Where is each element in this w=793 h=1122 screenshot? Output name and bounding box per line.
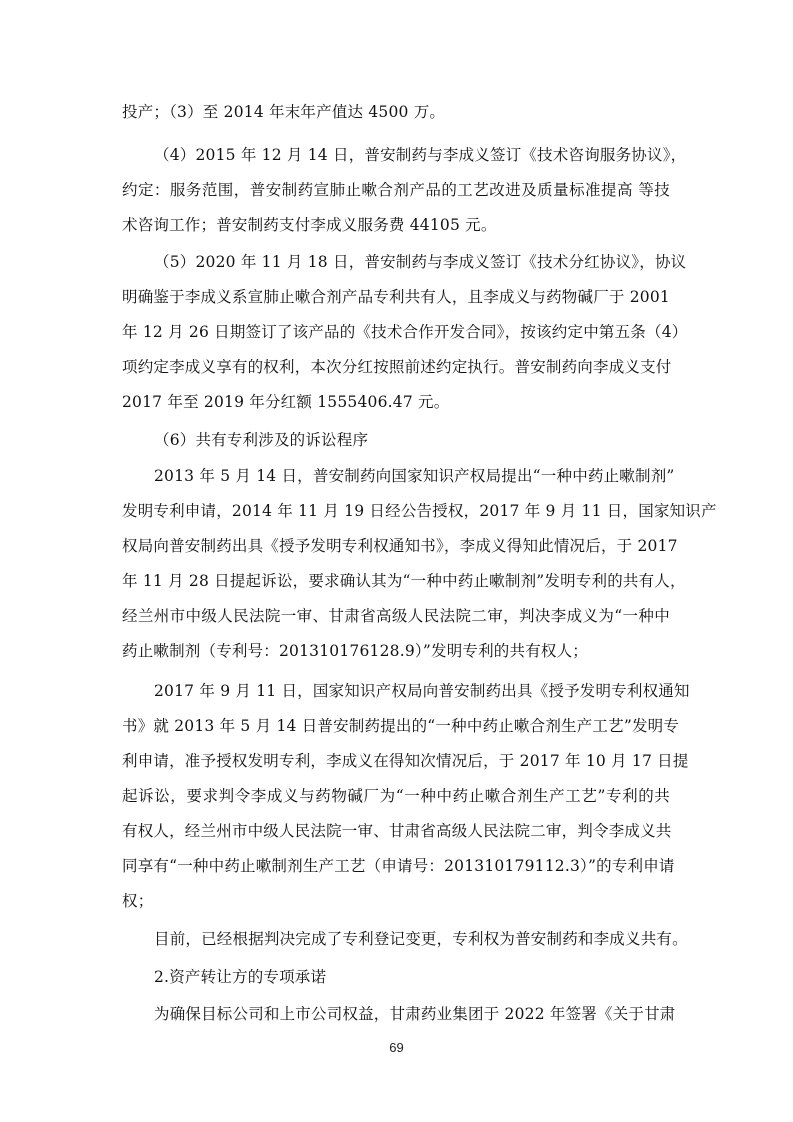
paragraph-line: 2017 年至 2019 年分红额 1555406.47 元。 [122, 391, 670, 413]
paragraph-line: 目前，已经根据判决完成了专利登记变更，专利权为普安制药和李成义共有。 [154, 928, 670, 950]
paragraph-line: 为确保目标公司和上市公司权益，甘肃药业集团于 2022 年签署《关于甘肃 [154, 1003, 670, 1025]
paragraph-line: 2013 年 5 月 14 日，普安制药向国家知识产权局提出“一种中药止嗽制剂” [154, 465, 670, 487]
paragraph-line: 投产；（3）至 2014 年末年产值达 4500 万。 [122, 101, 670, 123]
paragraph-line: 同享有“一种中药止嗽制剂生产工艺（申请号：201310179112.3）”的专利… [122, 855, 670, 877]
paragraph-line: （5）2020 年 11 月 18 日，普安制药与李成义签订《技术分红协议》，协… [154, 251, 670, 273]
paragraph-line: 有权人，经兰州市中级人民法院一审、甘肃省高级人民法院二审，判令李成义共 [122, 820, 670, 842]
paragraph-line: 年 12 月 26 日期签订了该产品的《技术合作开发合同》，按该约定中第五条（4… [122, 321, 670, 343]
paragraph-line: 经兰州市中级人民法院一审、甘肃省高级人民法院二审，判决李成义为“一种中 [122, 605, 670, 627]
paragraph-line: 明确鉴于李成义系宣肺止嗽合剂产品专利共有人，且李成义与药物碱厂于 2001 [122, 286, 670, 308]
paragraph-line: 发明专利申请，2014 年 11 月 19 日经公告授权，2017 年 9 月 … [122, 500, 670, 522]
paragraph-line: 药止嗽制剂（专利号：201310176128.9）”发明专利的共有权人； [122, 640, 670, 662]
paragraph-line: 项约定李成义享有的权利，本次分红按照前述约定执行。普安制药向李成义支付 [122, 356, 670, 378]
paragraph-line: 2017 年 9 月 11 日，国家知识产权局向普安制药出具《授予发明专利权通知 [154, 680, 670, 702]
paragraph-line: 利申请，准予授权发明专利，李成义在得知次情况后，于 2017 年 10 月 17… [122, 750, 670, 772]
paragraph-line: 权局向普安制药出具《授予发明专利权通知书》，李成义得知此情况后，于 2017 [122, 535, 670, 557]
paragraph-line: 权； [122, 890, 670, 912]
paragraph-line: 起诉讼，要求判令李成义与药物碱厂为“一种中药止嗽合剂生产工艺”专利的共 [122, 785, 670, 807]
page-number: 69 [0, 1040, 793, 1055]
paragraph-line: 术咨询工作；普安制药支付李成义服务费 44105 元。 [122, 214, 670, 236]
paragraph-line: 约定：服务范围，普安制药宣肺止嗽合剂产品的工艺改进及质量标准提高 等技 [122, 179, 670, 201]
paragraph-line: 年 11 月 28 日提起诉讼，要求确认其为“一种中药止嗽制剂”发明专利的共有人… [122, 570, 670, 592]
section-heading: （6）共有专利涉及的诉讼程序 [154, 429, 670, 451]
document-page: 投产；（3）至 2014 年末年产值达 4500 万。 （4）2015 年 12… [0, 0, 793, 1122]
section-heading: 2.资产转让方的专项承诺 [154, 966, 670, 988]
paragraph-line: （4）2015 年 12 月 14 日，普安制药与李成义签订《技术咨询服务协议》… [154, 144, 670, 166]
paragraph-line: 书》就 2013 年 5 月 14 日普安制药提出的“一种中药止嗽合剂生产工艺”… [122, 715, 670, 737]
